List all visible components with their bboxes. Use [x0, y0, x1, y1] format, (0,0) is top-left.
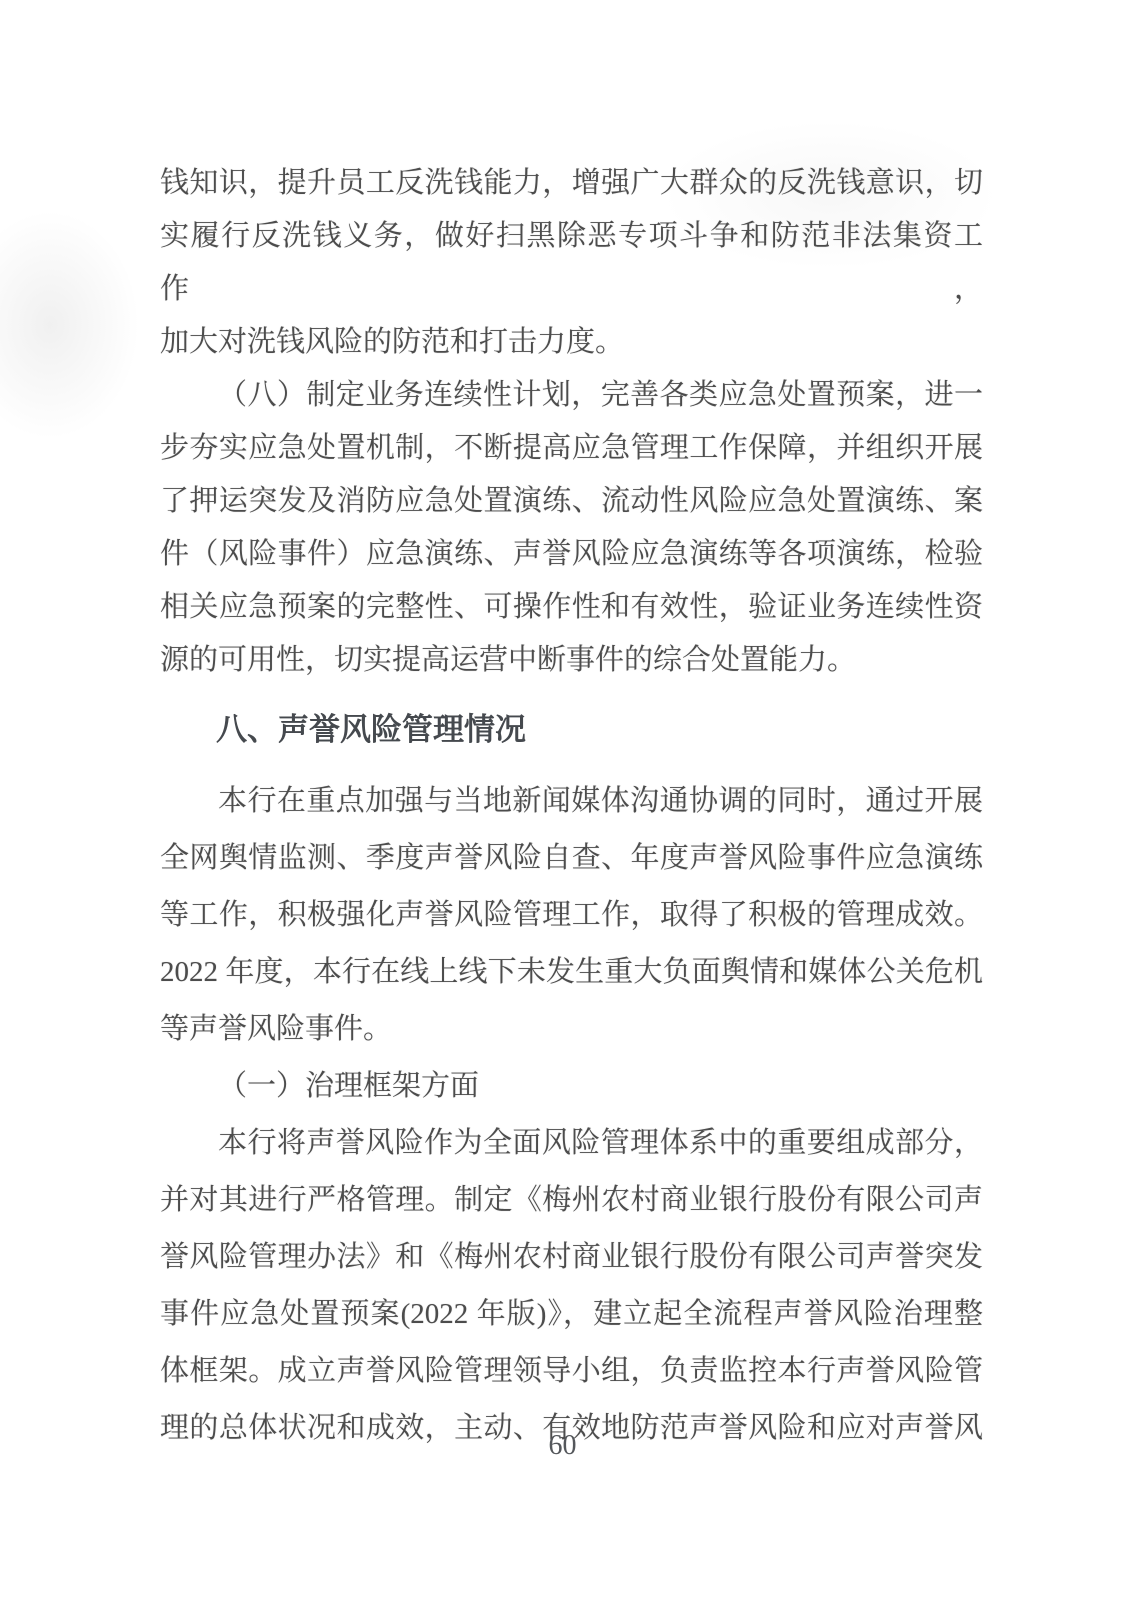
text-line: 2022 年度，本行在线上线下未发生重大负面舆情和媒体公关危机 [160, 944, 983, 1001]
text-line: 誉风险管理办法》和《梅州农村商业银行股份有限公司声誉突发 [160, 1229, 983, 1286]
text-line: 相关应急预案的完整性、可操作性和有效性，验证业务连续性资 [160, 581, 983, 634]
text-line: 实履行反洗钱义务，做好扫黑除恶专项斗争和防范非法集资工作， [160, 210, 983, 316]
text-line: 本行在重点加强与当地新闻媒体沟通协调的同时，通过开展 [160, 773, 983, 830]
section-heading: 八、声誉风险管理情况 [160, 701, 983, 759]
page-number: 60 [0, 1430, 1125, 1462]
subsection-heading: （一）治理框架方面 [160, 1058, 983, 1115]
paragraph-governance-framework: 本行将声誉风险作为全面风险管理体系中的重要组成部分， 并对其进行严格管理。制定《… [160, 1115, 983, 1457]
page-content: 钱知识，提升员工反洗钱能力，增强广大群众的反洗钱意识，切 实履行反洗钱义务，做好… [160, 157, 983, 1457]
text-line: 源的可用性，切实提高运营中断事件的综合处置能力。 [160, 634, 983, 687]
paragraph-money-laundering: 钱知识，提升员工反洗钱能力，增强广大群众的反洗钱意识，切 实履行反洗钱义务，做好… [160, 157, 983, 369]
scan-noise-blob [0, 210, 140, 440]
scanned-document-page: 钱知识，提升员工反洗钱能力，增强广大群众的反洗钱意识，切 实履行反洗钱义务，做好… [0, 0, 1125, 1600]
text-line: 体框架。成立声誉风险管理领导小组，负责监控本行声誉风险管 [160, 1343, 983, 1400]
text-line: 加大对洗钱风险的防范和打击力度。 [160, 316, 983, 369]
text-line: 本行将声誉风险作为全面风险管理体系中的重要组成部分， [160, 1115, 983, 1172]
section-reputation-risk: 本行在重点加强与当地新闻媒体沟通协调的同时，通过开展 全网舆情监测、季度声誉风险… [160, 773, 983, 1457]
text-line: 等声誉风险事件。 [160, 1001, 983, 1058]
text-line: 事件应急处置预案(2022 年版)》，建立起全流程声誉风险治理整 [160, 1286, 983, 1343]
text-line: （八）制定业务连续性计划，完善各类应急处置预案，进一 [160, 369, 983, 422]
text-line: 等工作，积极强化声誉风险管理工作，取得了积极的管理成效。 [160, 887, 983, 944]
paragraph-reputation-overview: 本行在重点加强与当地新闻媒体沟通协调的同时，通过开展 全网舆情监测、季度声誉风险… [160, 773, 983, 1058]
paragraph-business-continuity: （八）制定业务连续性计划，完善各类应急处置预案，进一 步夯实应急处置机制，不断提… [160, 369, 983, 687]
text-line: 全网舆情监测、季度声誉风险自查、年度声誉风险事件应急演练 [160, 830, 983, 887]
section-anti-money-laundering: 钱知识，提升员工反洗钱能力，增强广大群众的反洗钱意识，切 实履行反洗钱义务，做好… [160, 157, 983, 687]
text-line: 钱知识，提升员工反洗钱能力，增强广大群众的反洗钱意识，切 [160, 157, 983, 210]
text-line: 了押运突发及消防应急处置演练、流动性风险应急处置演练、案 [160, 475, 983, 528]
text-line: 步夯实应急处置机制，不断提高应急管理工作保障，并组织开展 [160, 422, 983, 475]
text-line: 并对其进行严格管理。制定《梅州农村商业银行股份有限公司声 [160, 1172, 983, 1229]
text-line: 件（风险事件）应急演练、声誉风险应急演练等各项演练，检验 [160, 528, 983, 581]
